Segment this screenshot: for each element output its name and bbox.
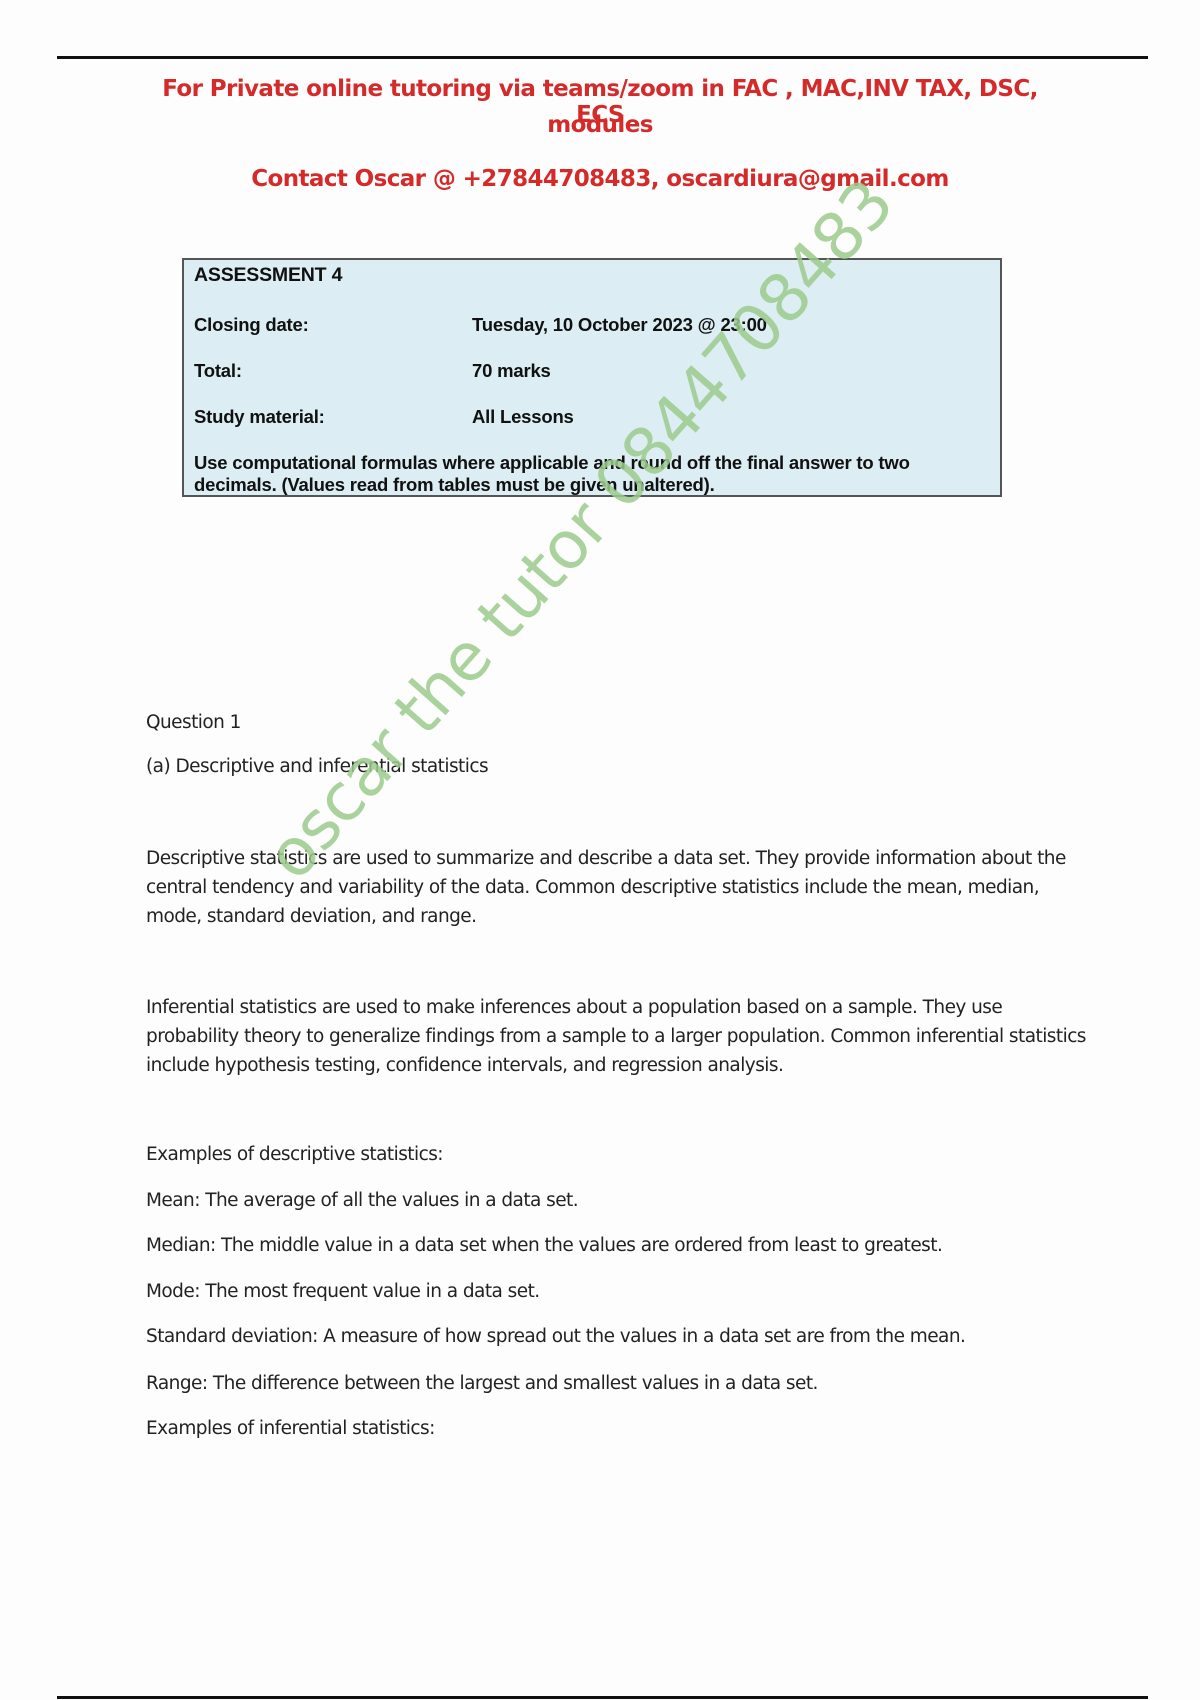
- question-subheading: (a) Descriptive and inferential statisti…: [146, 756, 488, 777]
- promo-line-2: modules: [150, 112, 1050, 138]
- total-value: 70 marks: [472, 360, 551, 382]
- example-mode: Mode: The most frequent value in a data …: [146, 1281, 540, 1302]
- examples-descriptive-heading: Examples of descriptive statistics:: [146, 1144, 443, 1165]
- example-mean: Mean: The average of all the values in a…: [146, 1190, 578, 1211]
- total-label: Total:: [194, 360, 242, 382]
- example-standard-deviation: Standard deviation: A measure of how spr…: [146, 1326, 965, 1347]
- question-heading: Question 1: [146, 712, 241, 733]
- inferential-paragraph: Inferential statistics are used to make …: [146, 993, 1096, 1080]
- example-median: Median: The middle value in a data set w…: [146, 1235, 942, 1256]
- study-material-value: All Lessons: [472, 406, 574, 428]
- assessment-instructions: Use computational formulas where applica…: [194, 452, 994, 496]
- promo-contact[interactable]: Contact Oscar @ +27844708483, oscardiura…: [150, 166, 1050, 192]
- descriptive-paragraph: Descriptive statistics are used to summa…: [146, 844, 1096, 931]
- closing-date-label: Closing date:: [194, 314, 309, 336]
- example-range: Range: The difference between the larges…: [146, 1373, 818, 1394]
- closing-date-value: Tuesday, 10 October 2023 @ 23:00: [472, 314, 767, 336]
- examples-inferential-heading: Examples of inferential statistics:: [146, 1418, 435, 1439]
- assessment-info-box: ASSESSMENT 4 Closing date: Tuesday, 10 O…: [182, 258, 1002, 497]
- bottom-rule: [57, 1696, 1148, 1699]
- top-rule: [57, 56, 1148, 59]
- study-material-label: Study material:: [194, 406, 325, 428]
- assessment-title: ASSESSMENT 4: [194, 264, 342, 287]
